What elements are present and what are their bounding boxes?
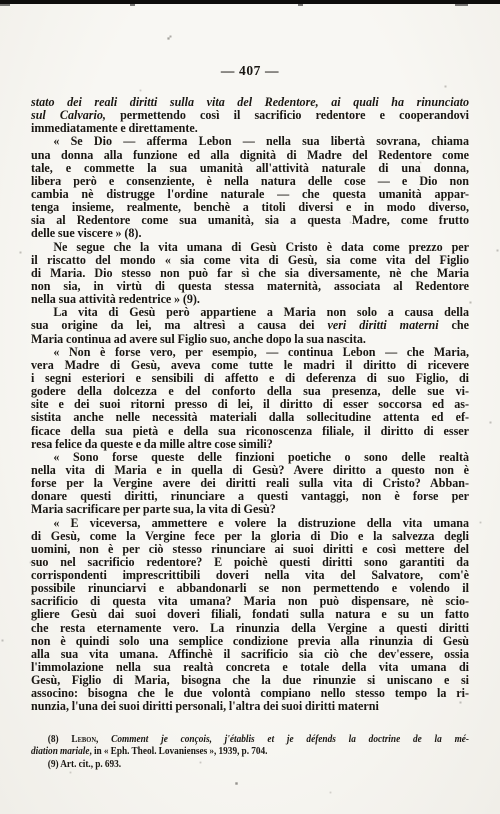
text-line: Maria sacrificare per parte sua, la vita… — [31, 502, 469, 515]
text-line: sistita anche nelle necessità materiali … — [31, 410, 469, 423]
text-line: tale, e commette la sua umanità all'atti… — [31, 161, 469, 174]
text-line: resa felice da queste e da mille altre c… — [31, 437, 469, 450]
text-line: nunzia, l'una dei suoi diritti personali… — [31, 699, 469, 712]
text-line: sua origine da lei, ma altresì a causa d… — [31, 318, 469, 331]
text-line: delle sue viscere » (8). — [31, 226, 469, 239]
text-line: di Gesù, come la Vergine fece per la glo… — [31, 529, 469, 542]
footnote-line: (9) Art. cit., p. 693. — [31, 759, 469, 771]
text-line: non è quindi solo una semplice condizion… — [31, 634, 469, 647]
scanned-book-page: { "page": { "number_header": "— 407 —", … — [0, 0, 500, 814]
page-number: — 407 — — [0, 63, 500, 79]
paragraph: « Sono forse queste delle finzioni poeti… — [31, 450, 469, 516]
text-line: che resta eternamente vero. La rinunzia … — [31, 621, 469, 634]
paragraph: « Non è forse vero, per esempio, — conti… — [31, 345, 469, 450]
text-line: « E viceversa, ammettere e volere la dis… — [31, 516, 469, 529]
text-line: uomini, non è per ciò stesso rinunciare … — [31, 542, 469, 555]
text-line: « Se Dio — afferma Lebon — nella sua lib… — [31, 134, 469, 147]
text-line: vera Madre di Gesù, aveva come tutte le … — [31, 358, 469, 371]
scan-edge-bar — [0, 0, 500, 4]
paragraph: stato dei reali diritti sulla vita del R… — [31, 95, 469, 134]
paragraph: « E viceversa, ammettere e volere la dis… — [31, 516, 469, 713]
text-line: il riscatto del mondo « sia come vita di… — [31, 253, 469, 266]
text-line: ficace della sua pietà e della sua ricon… — [31, 424, 469, 437]
text-line: Maria continua ad avere sul Figlio suo, … — [31, 332, 469, 345]
paragraph: La vita di Gesù però appartiene a Maria … — [31, 305, 469, 344]
text-line: libera però e consenziente, è nella natu… — [31, 174, 469, 187]
paragraph: « Se Dio — afferma Lebon — nella sua lib… — [31, 134, 469, 239]
footnotes: (8) Lebon, Comment je conçois, j'établis… — [31, 734, 469, 771]
text-line: una donna alla funzione ed alla dignità … — [31, 148, 469, 161]
text-line: « Sono forse queste delle finzioni poeti… — [31, 450, 469, 463]
footnote-line: (8) Lebon, Comment je conçois, j'établis… — [31, 734, 469, 746]
footnote-line: diation mariale, in « Eph. Theol. Lovani… — [31, 746, 469, 758]
text-line: Ne segue che la vita umana di Gesù Crist… — [31, 240, 469, 253]
body-text: stato dei reali diritti sulla vita del R… — [31, 95, 469, 713]
text-line: « Non è forse vero, per esempio, — conti… — [31, 345, 469, 358]
paragraph: Ne segue che la vita umana di Gesù Crist… — [31, 240, 469, 306]
small-caps-name: Lebon — [71, 734, 96, 745]
text-line: di Maria. Dio stesso non può far sì che … — [31, 266, 469, 279]
text-line: gliere Gesù dai suoi doveri filiali, fon… — [31, 607, 469, 620]
